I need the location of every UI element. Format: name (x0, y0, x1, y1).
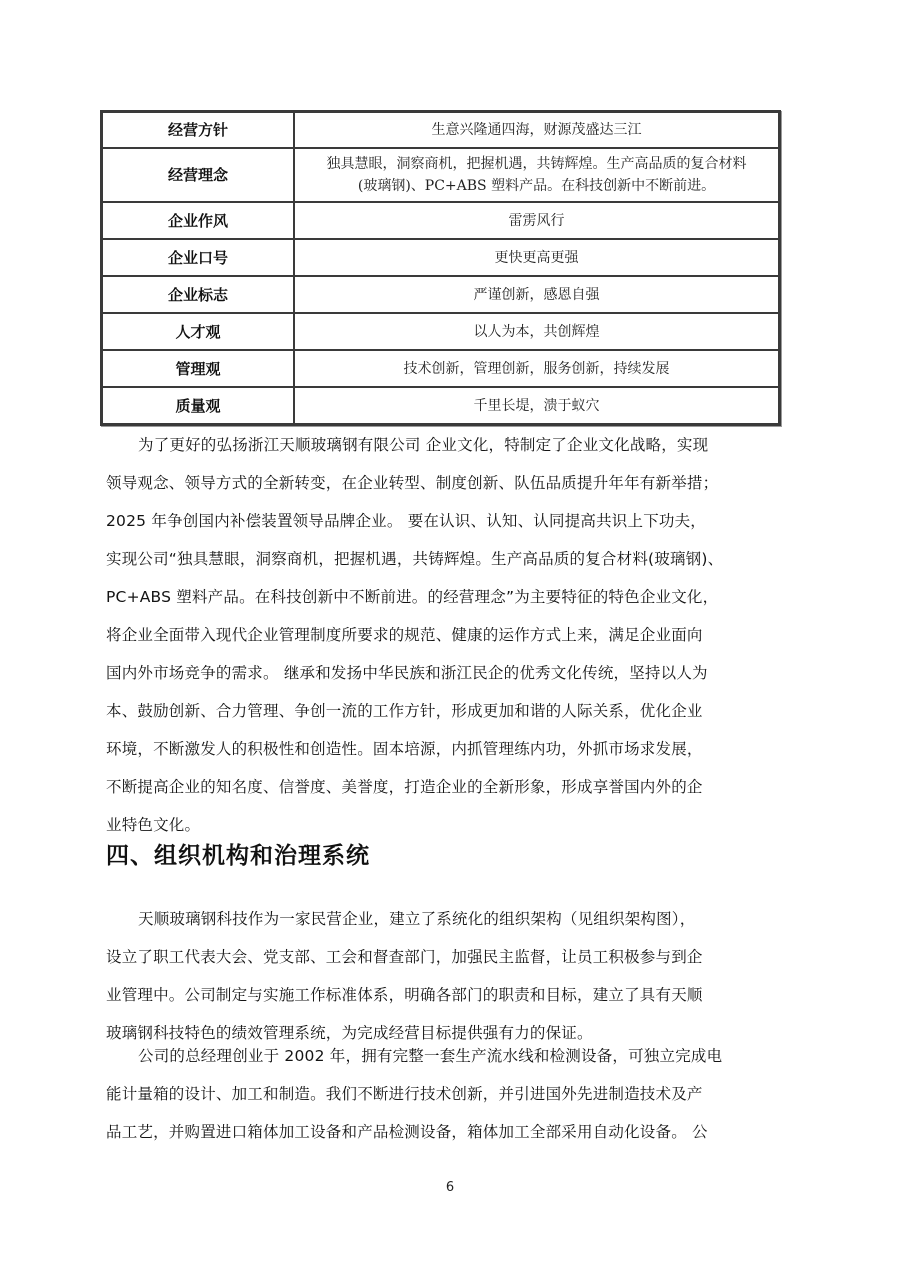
row-value: 雷雳风行 (294, 202, 780, 239)
text-line: 环境，不断激发人的积极性和创造性。固本培源，内抓管理练内功，外抓市场求发展， (106, 730, 788, 768)
culture-strategy-paragraph: 为了更好的弘扬浙江天顺玻璃钢有限公司 企业文化，特制定了企业文化战略，实现 领导… (106, 426, 788, 844)
section-heading: 四、组织机构和治理系统 (106, 837, 370, 870)
row-value: 技术创新，管理创新，服务创新，持续发展 (294, 350, 780, 387)
text-line: 领导观念、领导方式的全新转变，在企业转型、制度创新、队伍品质提升年年有新举措； (106, 464, 788, 502)
row-key: 经营方针 (102, 112, 295, 149)
text-line: 2025 年争创国内补偿装置领导品牌企业。 要在认识、认知、认同提高共识上下功夫… (106, 502, 788, 540)
row-key: 企业口号 (102, 239, 295, 276)
corporate-culture-table: 经营方针 生意兴隆通四海，财源茂盛达三江 经营理念 独具慧眼，洞察商机，把握机遇… (100, 110, 781, 426)
table-row: 人才观 以人为本，共创辉煌 (102, 313, 780, 350)
table-row: 管理观 技术创新，管理创新，服务创新，持续发展 (102, 350, 780, 387)
text-line: 本、鼓励创新、合力管理、争创一流的工作方针，形成更加和谐的人际关系，优化企业 (106, 692, 788, 730)
value-line: (玻璃钢)、PC+ABS 塑料产品。在科技创新中不断前进。 (301, 175, 772, 197)
org-structure-paragraph: 天顺玻璃钢科技作为一家民营企业，建立了系统化的组织架构（见组织架构图）， 设立了… (106, 900, 788, 1052)
text-line: 品工艺，并购置进口箱体加工设备和产品检测设备，箱体加工全部采用自动化设备。 公 (106, 1113, 788, 1151)
row-key: 企业标志 (102, 276, 295, 313)
row-key: 企业作风 (102, 202, 295, 239)
table-row: 经营方针 生意兴隆通四海，财源茂盛达三江 (102, 112, 780, 149)
row-key: 质量观 (102, 387, 295, 425)
row-key: 管理观 (102, 350, 295, 387)
table-row: 企业口号 更快更高更强 (102, 239, 780, 276)
row-value: 生意兴隆通四海，财源茂盛达三江 (294, 112, 780, 149)
text-line: 设立了职工代表大会、党支部、工会和督查部门，加强民主监督，让员工积极参与到企 (106, 938, 788, 976)
row-value: 更快更高更强 (294, 239, 780, 276)
row-value: 以人为本，共创辉煌 (294, 313, 780, 350)
page-number: 6 (0, 1180, 900, 1195)
row-value: 独具慧眼，洞察商机，把握机遇，共铸辉煌。生产高品质的复合材料 (玻璃钢)、PC+… (294, 148, 780, 202)
text-line: 国内外市场竞争的需求。 继承和发扬中华民族和浙江民企的优秀文化传统，坚持以人为 (106, 654, 788, 692)
text-line: 天顺玻璃钢科技作为一家民营企业，建立了系统化的组织架构（见组织架构图）， (106, 900, 788, 938)
general-manager-paragraph: 公司的总经理创业于 2002 年，拥有完整一套生产流水线和检测设备，可独立完成电… (106, 1037, 788, 1151)
text-line: 业管理中。公司制定与实施工作标准体系，明确各部门的职责和目标，建立了具有天顺 (106, 976, 788, 1014)
text-line: 将企业全面带入现代企业管理制度所要求的规范、健康的运作方式上来，满足企业面向 (106, 616, 788, 654)
table-row: 企业标志 严谨创新，感恩自强 (102, 276, 780, 313)
text-line: 实现公司“独具慧眼，洞察商机，把握机遇，共铸辉煌。生产高品质的复合材料(玻璃钢)… (106, 540, 788, 578)
text-line: PC+ABS 塑料产品。在科技创新中不断前进。的经营理念”为主要特征的特色企业文… (106, 578, 788, 616)
table-row: 企业作风 雷雳风行 (102, 202, 780, 239)
document-page: 经营方针 生意兴隆通四海，财源茂盛达三江 经营理念 独具慧眼，洞察商机，把握机遇… (0, 0, 900, 1273)
table-row: 经营理念 独具慧眼，洞察商机，把握机遇，共铸辉煌。生产高品质的复合材料 (玻璃钢… (102, 148, 780, 202)
table-row: 质量观 千里长堤，溃于蚁穴 (102, 387, 780, 425)
text-line: 为了更好的弘扬浙江天顺玻璃钢有限公司 企业文化，特制定了企业文化战略，实现 (106, 426, 788, 464)
text-line: 不断提高企业的知名度、信誉度、美誉度，打造企业的全新形象，形成享誉国内外的企 (106, 768, 788, 806)
text-line: 公司的总经理创业于 2002 年，拥有完整一套生产流水线和检测设备，可独立完成电 (106, 1037, 788, 1075)
row-key: 经营理念 (102, 148, 295, 202)
row-key: 人才观 (102, 313, 295, 350)
row-value: 严谨创新，感恩自强 (294, 276, 780, 313)
text-line: 能计量箱的设计、加工和制造。我们不断进行技术创新，并引进国外先进制造技术及产 (106, 1075, 788, 1113)
row-value: 千里长堤，溃于蚁穴 (294, 387, 780, 425)
value-line: 独具慧眼，洞察商机，把握机遇，共铸辉煌。生产高品质的复合材料 (301, 153, 772, 175)
